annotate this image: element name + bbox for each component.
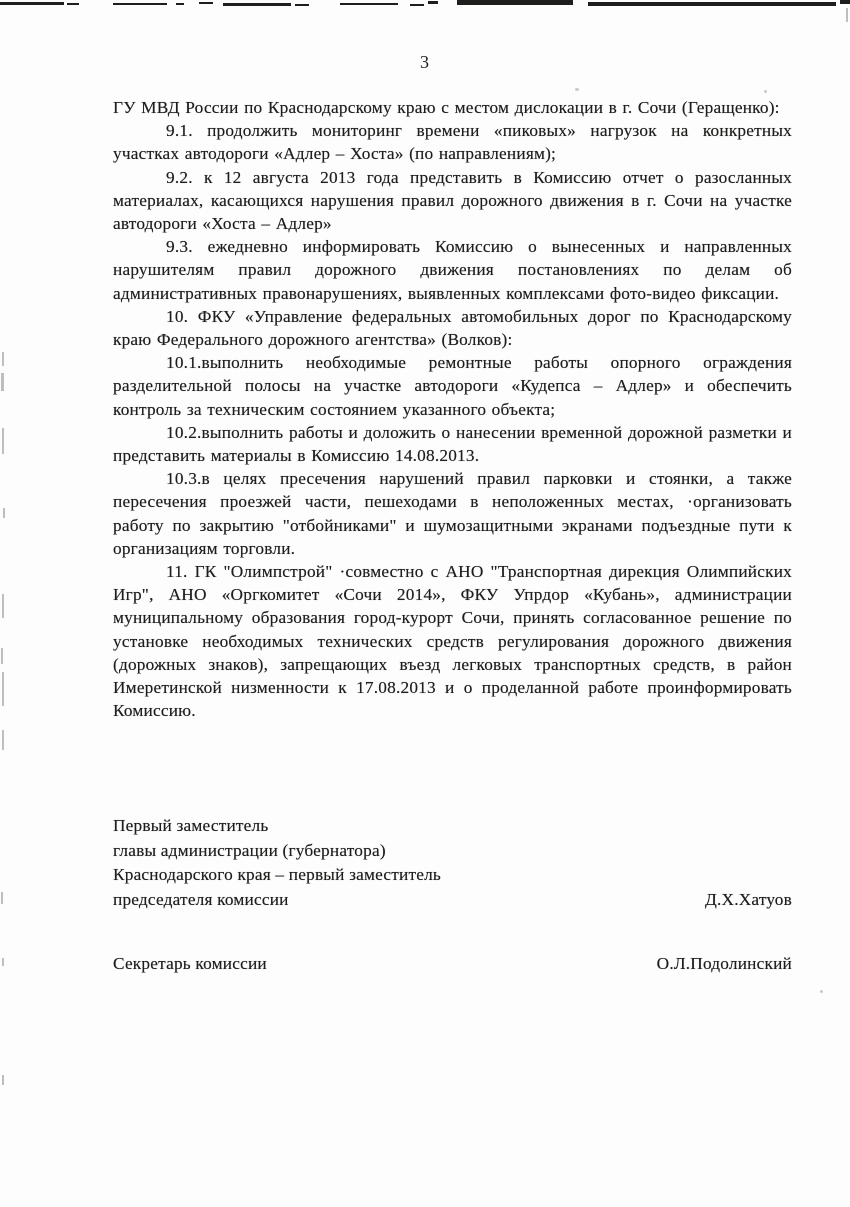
signature-block-deputy: Первый заместитель главы администрации (… [113, 814, 792, 912]
paragraph-item-10: 10. ФКУ «Управление федеральных автомоби… [113, 305, 792, 351]
scan-noise-speck [575, 88, 579, 91]
signature-row: Секретарь комиссии О.Л.Подолинский [113, 952, 792, 977]
scan-noise-segment [295, 4, 309, 6]
scan-noise-segment [113, 3, 167, 5]
scan-noise-mark [2, 672, 4, 706]
scan-noise-mark [2, 730, 4, 750]
signature-title-line: Секретарь комиссии [113, 952, 267, 977]
scan-noise-segment [428, 1, 438, 4]
scan-noise-mark [1, 373, 4, 391]
signature-title-line: председателя комиссии [113, 888, 289, 913]
scan-noise-segment [0, 2, 64, 5]
document-body: ГУ МВД России по Краснодарскому краю с м… [113, 96, 792, 722]
paragraph-item-9-2: 9.2. к 12 августа 2013 года представить … [113, 166, 792, 236]
scan-noise-mark [2, 958, 4, 966]
paragraph-item-10-2: 10.2.выполнить работы и доложить о нанес… [113, 421, 792, 467]
scanned-document-page: 3 ГУ МВД России по Краснодарскому краю с… [0, 0, 850, 1207]
signature-block-secretary: Секретарь комиссии О.Л.Подолинский [113, 952, 792, 977]
scan-noise-segment [176, 3, 184, 5]
scan-noise-mark [2, 1075, 4, 1085]
scan-noise-segment [457, 0, 573, 5]
paragraph-item-9-3: 9.3. ежедневно информировать Комиссию о … [113, 235, 792, 305]
signatory-name: Д.Х.Хатуов [705, 888, 792, 913]
scan-noise-speck [820, 990, 823, 993]
paragraph-item-10-3: 10.3.в целях пресечения нарушений правил… [113, 467, 792, 560]
signature-row: председателя комиссии Д.Х.Хатуов [113, 888, 792, 913]
scan-noise-segment [199, 2, 213, 4]
paragraph-intro-guvd: ГУ МВД России по Краснодарскому краю с м… [113, 96, 792, 119]
scan-noise-segment [410, 4, 424, 6]
page-number: 3 [0, 52, 850, 73]
paragraph-item-11: 11. ГК "Олимпстрой" ·совместно с АНО "Тр… [113, 560, 792, 722]
scan-noise-segment [588, 2, 836, 6]
scan-noise-segment [840, 0, 850, 4]
scan-noise-speck [764, 90, 767, 93]
scan-noise-mark [2, 594, 4, 618]
paragraph-item-10-1: 10.1.выполнить необходимые ремонтные раб… [113, 351, 792, 421]
scan-noise-mark [846, 8, 848, 22]
scan-noise-mark [2, 352, 4, 366]
scan-noise-segment [223, 3, 291, 6]
scan-noise-mark [1, 648, 3, 664]
paragraph-item-9-1: 9.1. продолжить мониторинг времени «пико… [113, 119, 792, 165]
signature-title-line: главы администрации (губернатора) [113, 839, 792, 864]
signatory-name: О.Л.Подолинский [657, 952, 792, 977]
scan-noise-mark [2, 428, 4, 454]
scan-noise-mark [3, 508, 5, 518]
scan-noise-segment [67, 3, 79, 5]
signature-title-line: Краснодарского края – первый заместитель [113, 863, 792, 888]
scan-noise-mark [1, 892, 3, 904]
signature-title-line: Первый заместитель [113, 814, 792, 839]
scan-noise-segment [340, 3, 398, 5]
